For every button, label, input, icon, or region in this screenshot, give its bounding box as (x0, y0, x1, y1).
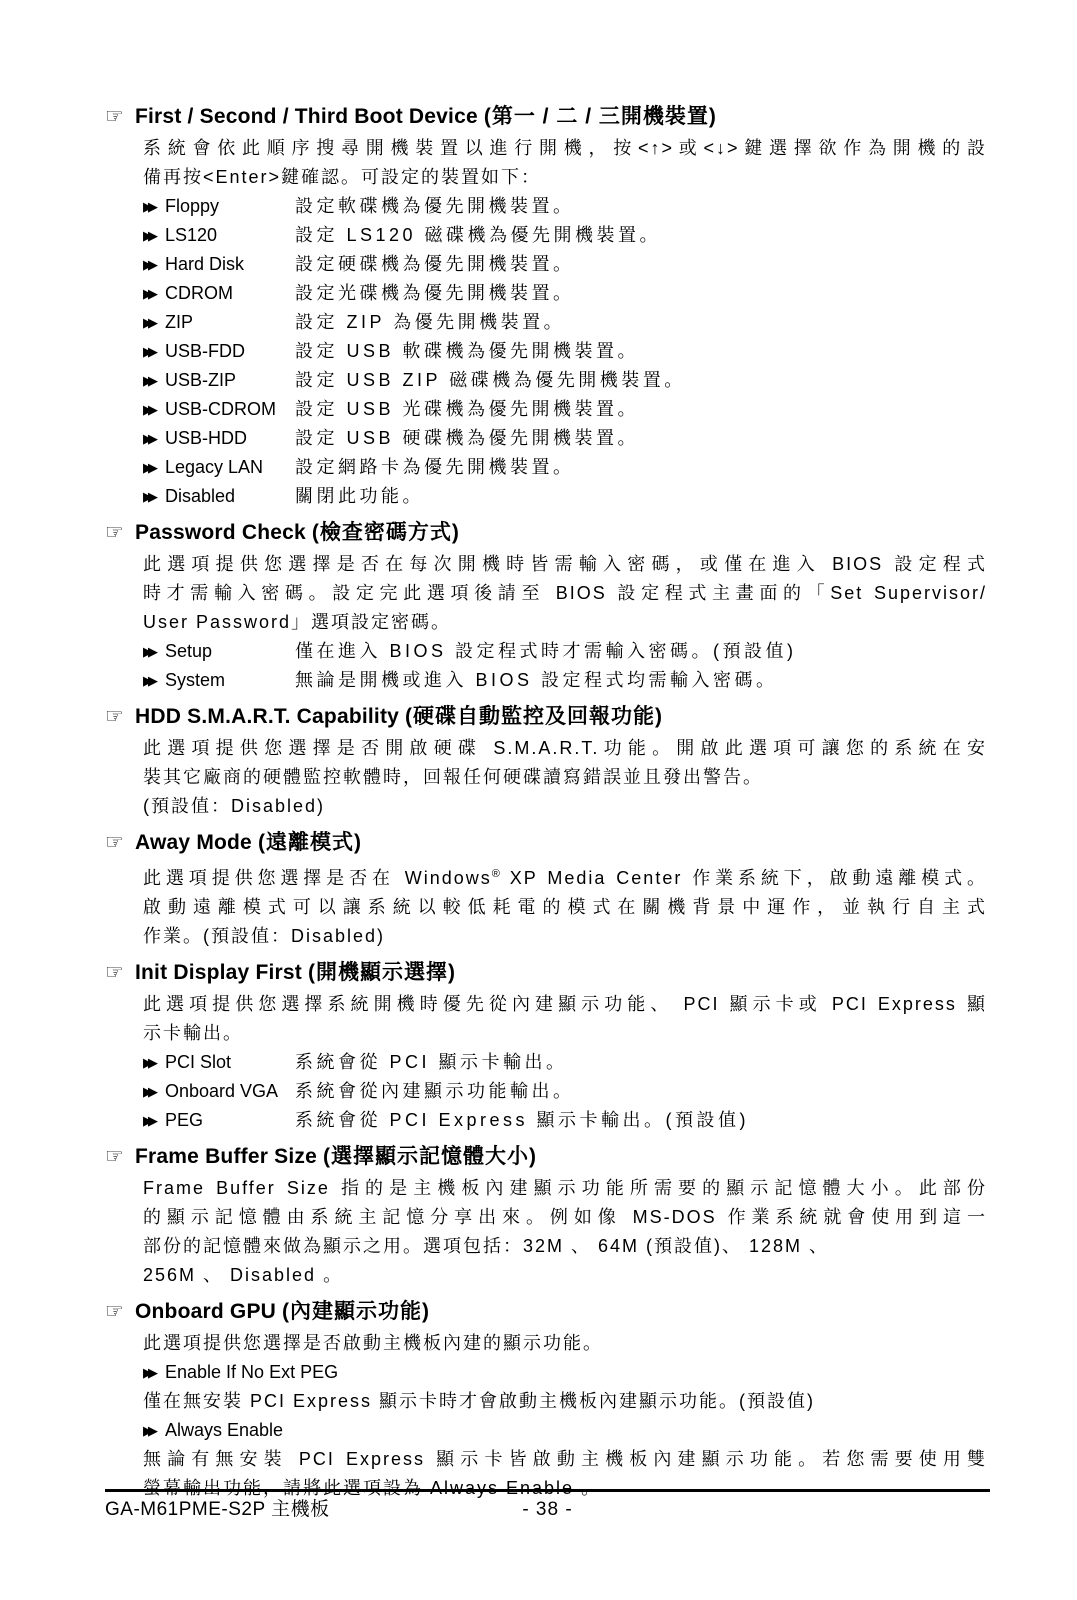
section-password-check: ☞ Password Check(檢查密碼方式) 此選項提供您選擇是否在每次開機… (105, 518, 987, 695)
section-body: 此選項提供您選擇是否開啟硬碟 S.M.A.R.T.功能。開啟此選項可讓您的系統在… (143, 734, 987, 821)
section-title-zh: (第一 / 二 / 三開機裝置) (484, 105, 717, 128)
double-arrow-icon: ▶▶ (143, 1416, 165, 1445)
section-title: Onboard GPU(內建顯示功能) (135, 1297, 430, 1326)
option-row: ▶▶ Hard Disk 設定硬碟機為優先開機裝置。 (143, 250, 987, 279)
option-term: LS120 (165, 221, 295, 250)
option-term: Floppy (165, 192, 295, 221)
pointing-hand-icon: ☞ (105, 1142, 135, 1171)
pointing-hand-icon: ☞ (105, 828, 135, 857)
option-desc: 設定 USB 硬碟機為優先開機裝置。 (295, 424, 987, 453)
option-row: ▶▶ CDROM 設定光碟機為優先開機裝置。 (143, 279, 987, 308)
section-title: Frame Buffer Size(選擇顯示記憶體大小) (135, 1142, 537, 1171)
option-desc: 系統會從 PCI 顯示卡輸出。 (295, 1048, 987, 1077)
option-term: USB-CDROM (165, 395, 295, 424)
option-term: CDROM (165, 279, 295, 308)
option-row: ▶▶ Floppy 設定軟碟機為優先開機裝置。 (143, 192, 987, 221)
option-row: ▶▶ Onboard VGA 系統會從內建顯示功能輸出。 (143, 1077, 987, 1106)
section-init-display-first: ☞ Init Display First(開機顯示選擇) 此選項提供您選擇系統開… (105, 958, 987, 1135)
double-arrow-icon: ▶▶ (143, 279, 165, 308)
text-line: 此選項提供您選擇是否在 Windows® XP Media Center 作業系… (143, 860, 987, 893)
option-row: ▶▶ PCI Slot 系統會從 PCI 顯示卡輸出。 (143, 1048, 987, 1077)
section-heading: ☞ Onboard GPU(內建顯示功能) (105, 1297, 987, 1326)
text-line: 256M 、 Disabled 。 (143, 1261, 987, 1290)
double-arrow-icon: ▶▶ (143, 424, 165, 453)
section-title-en: Init Display First (135, 961, 302, 984)
option-term: System (165, 666, 295, 695)
double-arrow-icon: ▶▶ (143, 637, 165, 666)
text-line: 備再按<Enter>鍵確認。可設定的裝置如下： (143, 163, 987, 192)
pointing-hand-icon: ☞ (105, 958, 135, 987)
option-desc: 設定軟碟機為優先開機裝置。 (295, 192, 987, 221)
option-row: ▶▶ Setup 僅在進入 BIOS 設定程式時才需輸入密碼。(預設值) (143, 637, 987, 666)
section-body: 此選項提供您選擇是否在 Windows® XP Media Center 作業系… (143, 860, 987, 951)
double-arrow-icon: ▶▶ (143, 1106, 165, 1135)
section-heading: ☞ Init Display First(開機顯示選擇) (105, 958, 987, 987)
double-arrow-icon: ▶▶ (143, 337, 165, 366)
pointing-hand-icon: ☞ (105, 1297, 135, 1326)
section-onboard-gpu: ☞ Onboard GPU(內建顯示功能) 此選項提供您選擇是否啟動主機板內建的… (105, 1297, 987, 1503)
option-row: ▶▶ Legacy LAN 設定網路卡為優先開機裝置。 (143, 453, 987, 482)
double-arrow-icon: ▶▶ (143, 482, 165, 511)
section-title-en: Password Check (135, 521, 306, 544)
option-desc: 設定 USB ZIP 磁碟機為優先開機裝置。 (295, 366, 987, 395)
section-title-en: First / Second / Third Boot Device (135, 105, 478, 128)
option-desc: 設定網路卡為優先開機裝置。 (295, 453, 987, 482)
text-line: 此選項提供您選擇是否在每次開機時皆需輸入密碼，或僅在進入 BIOS 設定程式 (143, 550, 987, 579)
option-desc: 僅在進入 BIOS 設定程式時才需輸入密碼。(預設值) (295, 637, 987, 666)
registered-trademark-symbol: ® (492, 868, 500, 880)
option-row: ▶▶ USB-FDD 設定 USB 軟碟機為優先開機裝置。 (143, 337, 987, 366)
manual-page-content: ☞ First / Second / Third Boot Device(第一 … (105, 102, 987, 1510)
option-row: ▶▶ ZIP 設定 ZIP 為優先開機裝置。 (143, 308, 987, 337)
double-arrow-icon: ▶▶ (143, 1048, 165, 1077)
text-line: 系統會依此順序搜尋開機裝置以進行開機，按<↑>或<↓>鍵選擇欲作為開機的設 (143, 134, 987, 163)
option-term: USB-HDD (165, 424, 295, 453)
option-term: Onboard VGA (165, 1077, 295, 1106)
text-line: 示卡輸出。 (143, 1019, 987, 1048)
text-line: 裝其它廠商的硬體監控軟體時，回報任何硬碟讀寫錯誤並且發出警告。 (143, 763, 987, 792)
pointing-hand-icon: ☞ (105, 102, 135, 131)
section-heading: ☞ Frame Buffer Size(選擇顯示記憶體大小) (105, 1142, 987, 1171)
option-desc: 無論是開機或進入 BIOS 設定程式均需輸入密碼。 (295, 666, 987, 695)
option-desc: 設定 ZIP 為優先開機裝置。 (295, 308, 987, 337)
option-sub-heading: ▶▶ Enable If No Ext PEG (143, 1358, 987, 1387)
section-title-en: Frame Buffer Size (135, 1145, 317, 1168)
section-title-en: Onboard GPU (135, 1300, 276, 1323)
section-title-en: Away Mode (135, 831, 252, 854)
footer-page-number: - 38 - (105, 1497, 990, 1523)
text-line: 的顯示記憶體由系統主記憶分享出來。例如像 MS-DOS 作業系統就會使用到這一 (143, 1203, 987, 1232)
section-title: HDD S.M.A.R.T. Capability(硬碟自動監控及回報功能) (135, 702, 663, 731)
double-arrow-icon: ▶▶ (143, 250, 165, 279)
option-term: Legacy LAN (165, 453, 295, 482)
option-row: ▶▶ USB-CDROM 設定 USB 光碟機為優先開機裝置。 (143, 395, 987, 424)
section-body: 此選項提供您選擇是否在每次開機時皆需輸入密碼，或僅在進入 BIOS 設定程式 時… (143, 550, 987, 695)
option-term: Always Enable (165, 1416, 283, 1445)
section-heading: ☞ Password Check(檢查密碼方式) (105, 518, 987, 547)
option-term: PEG (165, 1106, 295, 1135)
section-title-zh: (遠離模式) (258, 831, 362, 854)
double-arrow-icon: ▶▶ (143, 395, 165, 424)
text-line: 僅在無安裝 PCI Express 顯示卡時才會啟動主機板內建顯示功能。(預設值… (143, 1387, 987, 1416)
double-arrow-icon: ▶▶ (143, 366, 165, 395)
pointing-hand-icon: ☞ (105, 702, 135, 731)
double-arrow-icon: ▶▶ (143, 453, 165, 482)
footer-divider (105, 1489, 990, 1492)
text-line: 時才需輸入密碼。設定完此選項後請至 BIOS 設定程式主畫面的「Set Supe… (143, 579, 987, 608)
text-line: 部份的記憶體來做為顯示之用。選項包括：32M 、 64M (預設值)、 128M… (143, 1232, 987, 1261)
double-arrow-icon: ▶▶ (143, 221, 165, 250)
section-title: Init Display First(開機顯示選擇) (135, 958, 456, 987)
section-title: First / Second / Third Boot Device(第一 / … (135, 102, 717, 131)
text-line: 此選項提供您選擇是否開啟硬碟 S.M.A.R.T.功能。開啟此選項可讓您的系統在… (143, 734, 987, 763)
section-title: Away Mode(遠離模式) (135, 828, 362, 857)
section-title-zh: (開機顯示選擇) (308, 961, 456, 984)
option-term: Disabled (165, 482, 295, 511)
text-line: Frame Buffer Size 指的是主機板內建顯示功能所需要的顯示記憶體大… (143, 1174, 987, 1203)
section-title-en: HDD S.M.A.R.T. Capability (135, 705, 399, 728)
text-line: 啟動遠離模式可以讓系統以較低耗電的模式在關機背景中運作，並執行自主式 (143, 893, 987, 922)
option-row: ▶▶ LS120 設定 LS120 磁碟機為優先開機裝置。 (143, 221, 987, 250)
double-arrow-icon: ▶▶ (143, 1077, 165, 1106)
section-title-zh: (檢查密碼方式) (312, 521, 460, 544)
option-row: ▶▶ PEG 系統會從 PCI Express 顯示卡輸出。(預設值) (143, 1106, 987, 1135)
option-desc: 關閉此功能。 (295, 482, 987, 511)
option-term: USB-ZIP (165, 366, 295, 395)
text-segment: 此選項提供您選擇是否在 Windows (143, 868, 492, 888)
section-body: 此選項提供您選擇系統開機時優先從內建顯示功能、 PCI 顯示卡或 PCI Exp… (143, 990, 987, 1135)
text-line: User Password」選項設定密碼。 (143, 608, 987, 637)
section-title: Password Check(檢查密碼方式) (135, 518, 460, 547)
section-body: 系統會依此順序搜尋開機裝置以進行開機，按<↑>或<↓>鍵選擇欲作為開機的設 備再… (143, 134, 987, 511)
option-row: ▶▶ Disabled 關閉此功能。 (143, 482, 987, 511)
option-desc: 設定 USB 光碟機為優先開機裝置。 (295, 395, 987, 424)
section-heading: ☞ First / Second / Third Boot Device(第一 … (105, 102, 987, 131)
option-row: ▶▶ USB-HDD 設定 USB 硬碟機為優先開機裝置。 (143, 424, 987, 453)
option-term: USB-FDD (165, 337, 295, 366)
section-hdd-smart: ☞ HDD S.M.A.R.T. Capability(硬碟自動監控及回報功能)… (105, 702, 987, 821)
option-desc: 設定光碟機為優先開機裝置。 (295, 279, 987, 308)
double-arrow-icon: ▶▶ (143, 308, 165, 337)
text-line: (預設值：Disabled) (143, 792, 987, 821)
double-arrow-icon: ▶▶ (143, 666, 165, 695)
option-desc: 設定硬碟機為優先開機裝置。 (295, 250, 987, 279)
option-term: Setup (165, 637, 295, 666)
text-line: 此選項提供您選擇是否啟動主機板內建的顯示功能。 (143, 1329, 987, 1358)
text-line: 無論有無安裝 PCI Express 顯示卡皆啟動主機板內建顯示功能。若您需要使… (143, 1445, 987, 1474)
text-segment: XP Media Center 作業系統下，啟動遠離模式。 (500, 868, 987, 888)
option-row: ▶▶ System 無論是開機或進入 BIOS 設定程式均需輸入密碼。 (143, 666, 987, 695)
option-desc: 系統會從 PCI Express 顯示卡輸出。(預設值) (295, 1106, 987, 1135)
option-term: Hard Disk (165, 250, 295, 279)
option-row: ▶▶ USB-ZIP 設定 USB ZIP 磁碟機為優先開機裝置。 (143, 366, 987, 395)
text-line: 作業。(預設值：Disabled) (143, 922, 987, 951)
section-away-mode: ☞ Away Mode(遠離模式) 此選項提供您選擇是否在 Windows® X… (105, 828, 987, 951)
pointing-hand-icon: ☞ (105, 518, 135, 547)
section-title-zh: (選擇顯示記憶體大小) (323, 1145, 537, 1168)
option-sub-heading: ▶▶ Always Enable (143, 1416, 987, 1445)
section-body: 此選項提供您選擇是否啟動主機板內建的顯示功能。 ▶▶ Enable If No … (143, 1329, 987, 1503)
section-title-zh: (硬碟自動監控及回報功能) (405, 705, 663, 728)
section-boot-device: ☞ First / Second / Third Boot Device(第一 … (105, 102, 987, 511)
section-title-zh: (內建顯示功能) (282, 1300, 430, 1323)
section-heading: ☞ HDD S.M.A.R.T. Capability(硬碟自動監控及回報功能) (105, 702, 987, 731)
double-arrow-icon: ▶▶ (143, 1358, 165, 1387)
double-arrow-icon: ▶▶ (143, 192, 165, 221)
text-line: 此選項提供您選擇系統開機時優先從內建顯示功能、 PCI 顯示卡或 PCI Exp… (143, 990, 987, 1019)
option-desc: 系統會從內建顯示功能輸出。 (295, 1077, 987, 1106)
option-desc: 設定 USB 軟碟機為優先開機裝置。 (295, 337, 987, 366)
section-body: Frame Buffer Size 指的是主機板內建顯示功能所需要的顯示記憶體大… (143, 1174, 987, 1290)
option-term: ZIP (165, 308, 295, 337)
section-heading: ☞ Away Mode(遠離模式) (105, 828, 987, 857)
option-term: Enable If No Ext PEG (165, 1358, 338, 1387)
option-desc: 設定 LS120 磁碟機為優先開機裝置。 (295, 221, 987, 250)
option-term: PCI Slot (165, 1048, 295, 1077)
section-frame-buffer-size: ☞ Frame Buffer Size(選擇顯示記憶體大小) Frame Buf… (105, 1142, 987, 1290)
